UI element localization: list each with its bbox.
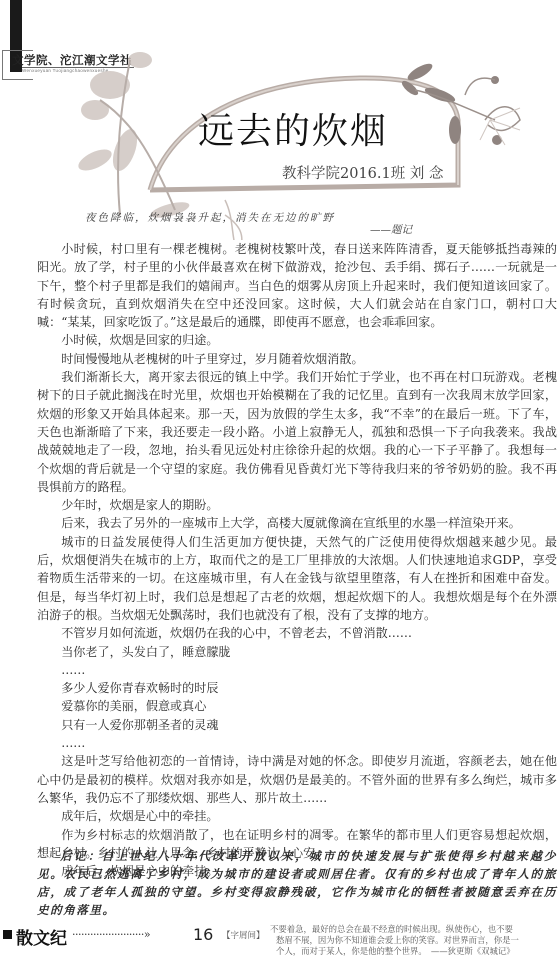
footer-section-name: 散文纪 xyxy=(16,924,67,949)
paragraph: 后来，我去了另外的一座城市上大学，高楼大厦就像滴在宣纸里的水墨一样渲染开来。 xyxy=(37,514,557,532)
poem-line: 只有一人爱你那朝圣者的灵魂 xyxy=(37,716,557,734)
article-byline: 教科学院2016.1班 刘 念 xyxy=(282,162,443,183)
paragraph: 少年时，炊烟是家人的期盼。 xyxy=(37,496,557,514)
epigraph-source: ——题记 xyxy=(370,222,412,237)
paragraph: 城市的日益发展使得人们生活更加方便快捷，天然气的广泛使用使得炊烟越来越少见。最后… xyxy=(37,533,557,624)
paragraph: 成年后，炊烟是心中的牵挂。 xyxy=(37,807,557,825)
paragraph: 我们渐渐长大，离开家去很远的镇上中学。我们开始忙于学业，也不再在村口玩游戏。老槐… xyxy=(37,368,557,496)
poem-line: 爱慕你的美丽，假意或真心 xyxy=(37,697,557,715)
footer-square-icon xyxy=(3,930,12,939)
poem-line: 当你老了，头发白了，睡意朦胧 xyxy=(37,643,557,661)
quote-line: 个人，而对于某人，你是他的整个世界。 ——狄更斯《双城记》 xyxy=(270,946,554,957)
poem-line: 多少人爱你青春欢畅时的时辰 xyxy=(37,679,557,697)
afterword: 后记：自上世纪八十年代改革开放以来，城市的快速发展与扩张使得乡村越来越少见。农民… xyxy=(37,847,557,919)
epigraph: 夜色降临，炊烟袅袅升起，消失在无边的旷野 xyxy=(85,210,335,225)
paragraph: 时间慢慢地从老槐树的叶子里穿过，岁月随着炊烟消散。 xyxy=(37,350,557,368)
afterword-text: 后记：自上世纪八十年代改革开放以来，城市的快速发展与扩张使得乡村越来越少见。农民… xyxy=(37,847,557,919)
quote-line: 不要着急，最好的总会在最不经意的时候出现。纵使伤心，也不要 xyxy=(270,924,554,935)
article-body: 小时候，村口里有一棵老槐树。老槐树枝繁叶茂，春日送来阵阵清香，夏天能够抵挡毒辣的… xyxy=(37,240,557,880)
quote-tag: 【字屑间】 xyxy=(222,929,265,941)
footer-quote: 不要着急，最好的总会在最不经意的时候出现。纵使伤心，也不要 愁眉不展，因为你不知… xyxy=(270,924,554,957)
poem-line: …… xyxy=(37,661,557,679)
paragraph: 这是叶芝写给他初恋的一首情诗，诗中满是对她的怀念。即使岁月流逝，容颜老去，她在他… xyxy=(37,752,557,807)
paragraph: 小时候，村口里有一棵老槐树。老槐树枝繁叶茂，春日送来阵阵清香，夏天能够抵挡毒辣的… xyxy=(37,240,557,331)
article-title: 远去的炊烟 xyxy=(198,103,388,154)
paragraph: 小时候，炊烟是回家的归途。 xyxy=(37,331,557,349)
paragraph: 不管岁月如何流逝，炊烟仍在我的心中，不曾老去，不曾消散…… xyxy=(37,624,557,642)
quote-line: 愁眉不展，因为你不知道谁会爱上你的笑容。对世界而言，你是一 xyxy=(270,935,554,946)
page-number: 16 xyxy=(193,925,213,944)
poem-line: …… xyxy=(37,734,557,752)
footer-leader-dots: ························» xyxy=(72,928,150,941)
